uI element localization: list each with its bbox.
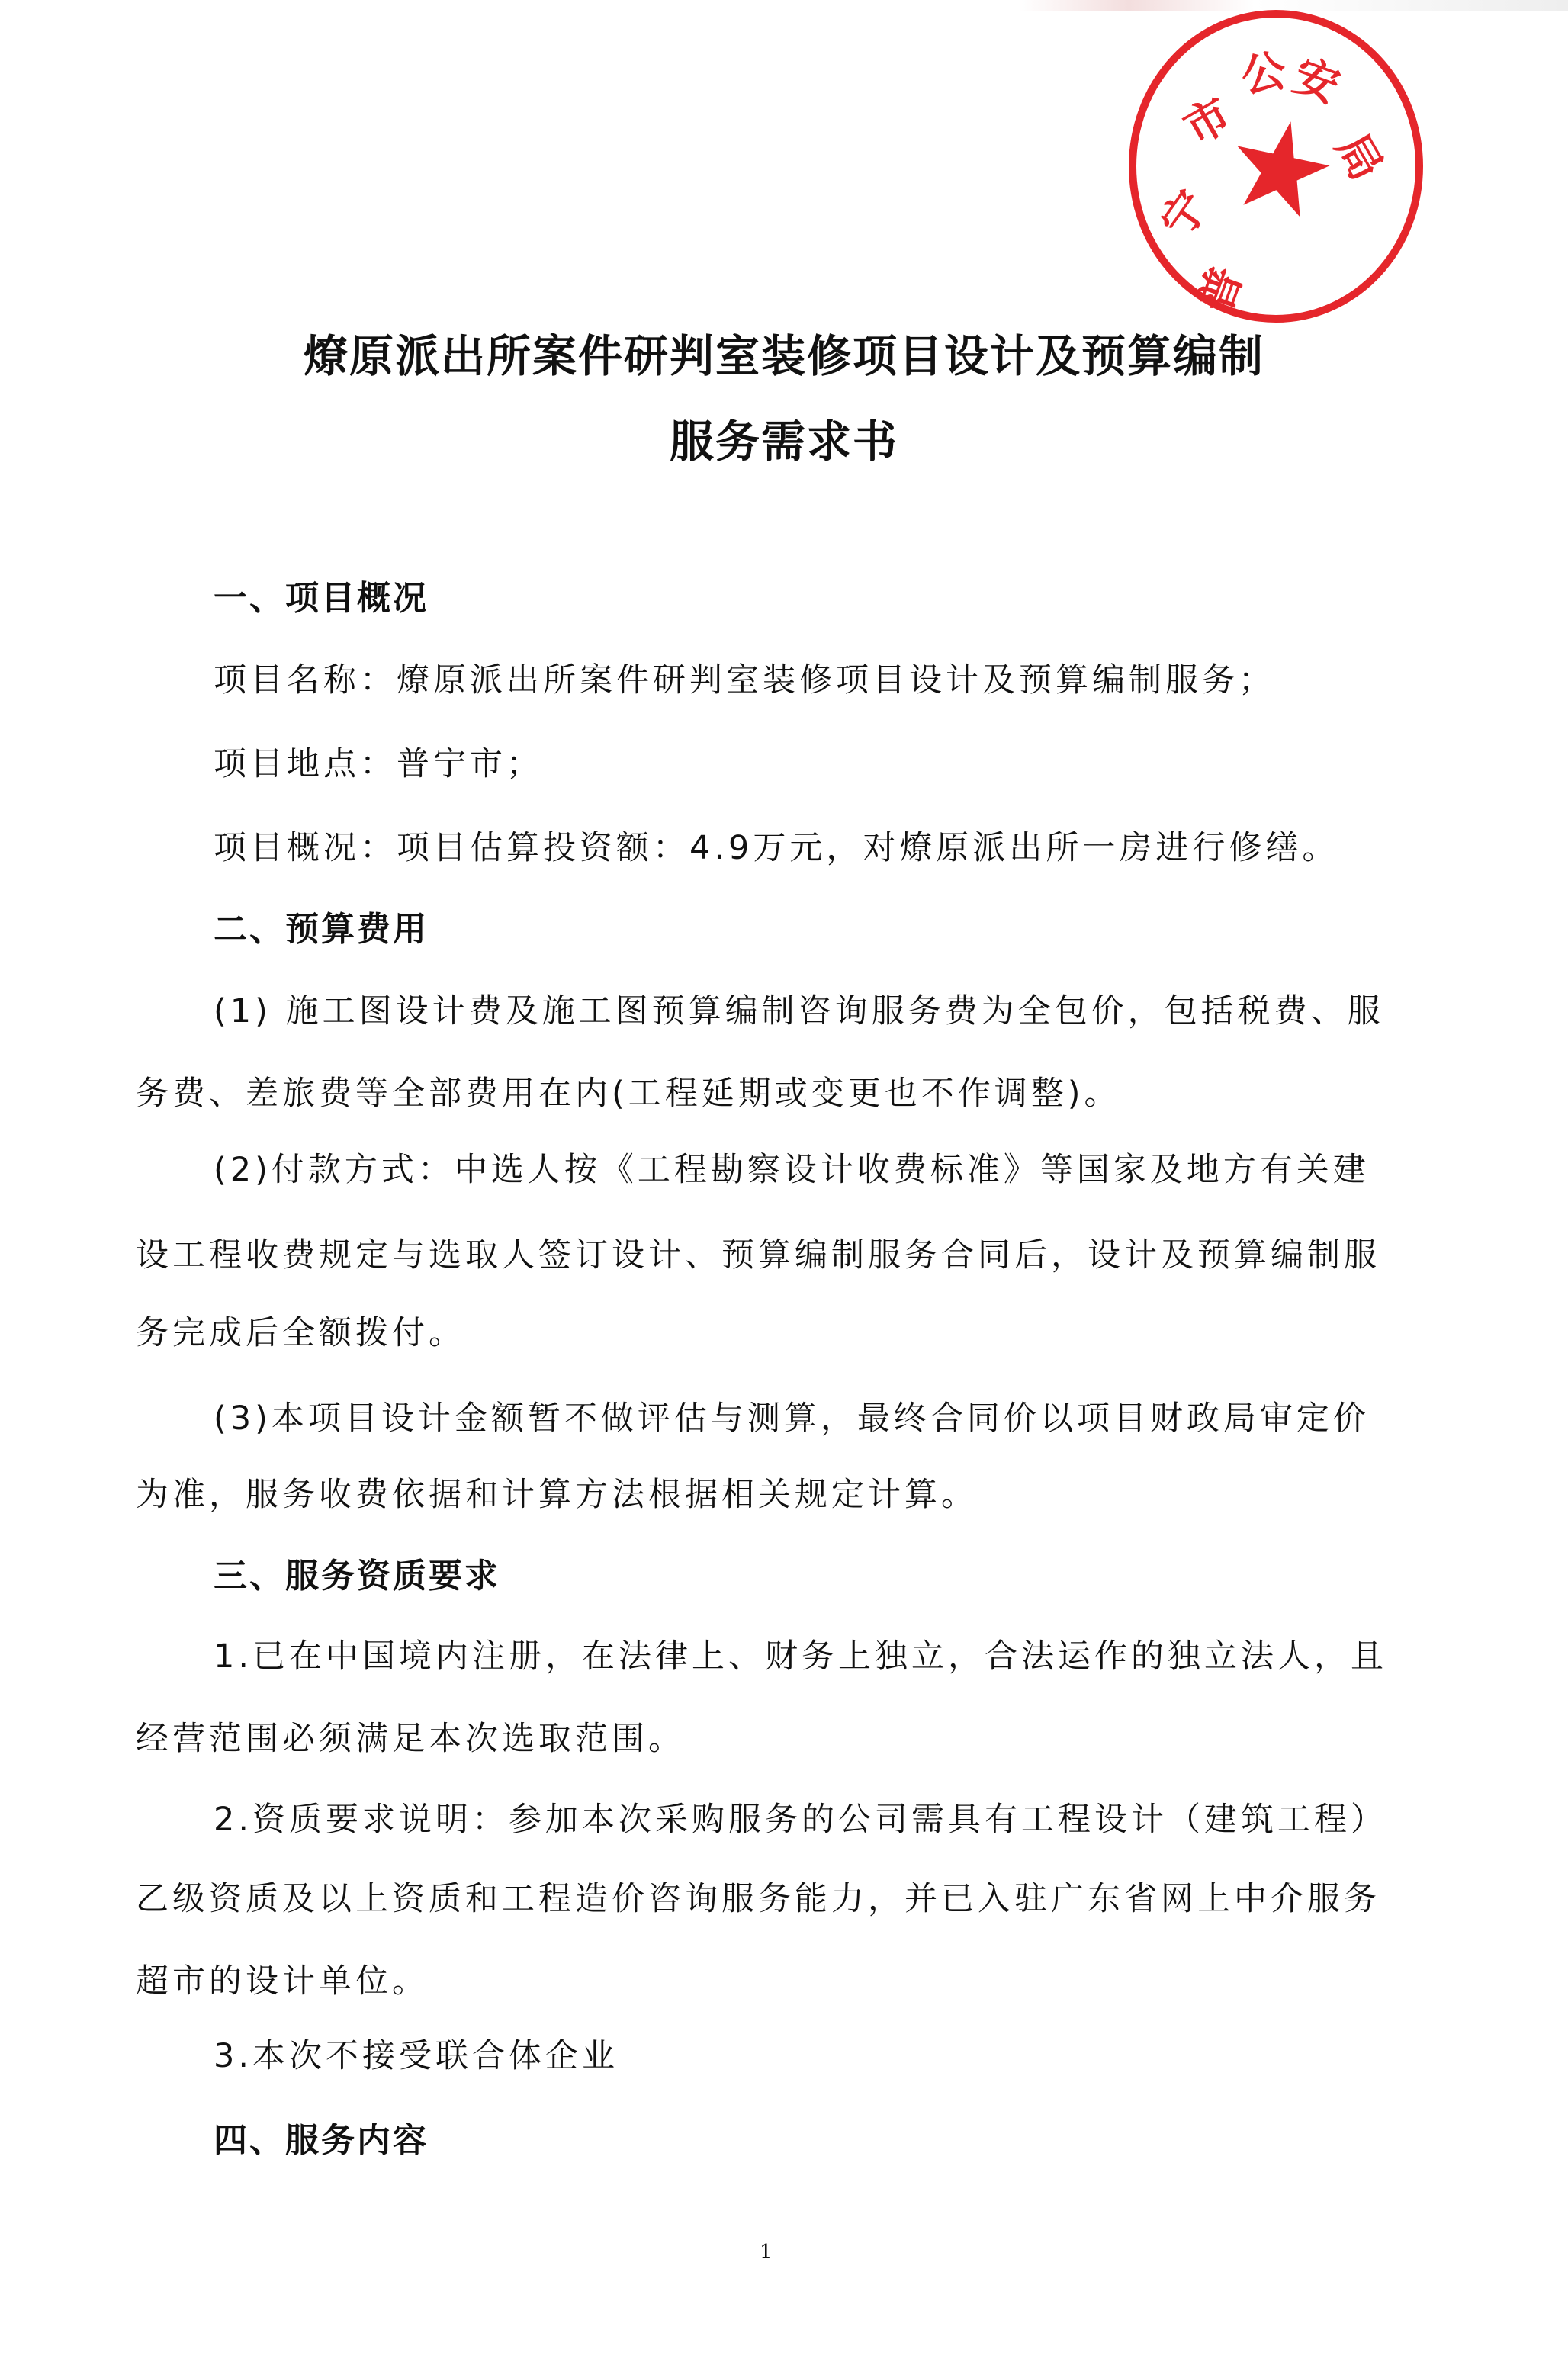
paragraph-line: 务完成后全额拨付。	[136, 1307, 465, 1354]
section-heading: 三、服务资质要求	[214, 1548, 500, 1597]
star-icon	[1226, 111, 1337, 220]
page-number: 1	[760, 2241, 773, 2264]
paragraph-line: 1.已在中国境内注册，在法律上、财务上独立，合法运作的独立法人，且	[214, 1631, 1387, 1677]
paragraph-line: (1) 施工图设计费及施工图预算编制咨询服务费为全包价，包括税费、服	[214, 985, 1384, 1032]
svg-text:宁: 宁	[1151, 181, 1219, 247]
paragraph-line: 3.本次不接受联合体企业	[214, 2030, 619, 2077]
document-title-line-2: 服务需求书	[0, 406, 1568, 470]
paragraph-line: 项目名称：燎原派出所案件研判室装修项目设计及预算编制服务；	[214, 654, 1275, 701]
paragraph-line: 项目地点：普宁市；	[214, 738, 543, 785]
paragraph-line: 项目概况：项目估算投资额：4.9万元，对燎原派出所一房进行修缮。	[214, 822, 1338, 869]
official-seal: 普 宁 市 公 安 局	[1120, 6, 1440, 326]
paragraph-line: 为准，服务收费依据和计算方法根据相关规定计算。	[136, 1469, 978, 1515]
section-heading: 一、项目概况	[214, 570, 429, 619]
paragraph-line: 超市的设计单位。	[136, 1955, 429, 2002]
paragraph-line: (2)付款方式：中选人按《工程勘察设计收费标准》等国家及地方有关建	[214, 1144, 1370, 1191]
svg-text:普: 普	[1189, 260, 1253, 320]
paragraph-line: (3)本项目设计金额暂不做评估与测算，最终合同价以项目财政局审定价	[214, 1393, 1370, 1439]
section-heading: 二、预算费用	[214, 901, 429, 950]
paragraph-line: 设工程收费规定与选取人签订设计、预算编制服务合同后，设计及预算编制服	[136, 1229, 1380, 1276]
svg-text:市: 市	[1175, 88, 1239, 155]
svg-text:安: 安	[1287, 49, 1347, 113]
paragraph-line: 乙级资质及以上资质和工程造价咨询服务能力，并已入驻广东省网上中介服务	[136, 1873, 1380, 1920]
paragraph-line: 务费、差旅费等全部费用在内(工程延期或变更也不作调整)。	[136, 1068, 1121, 1114]
paragraph-line: 2.资质要求说明：参加本次采购服务的公司需具有工程设计（建筑工程）	[214, 1794, 1387, 1840]
document-title-line-1: 燎原派出所案件研判室装修项目设计及预算编制	[0, 320, 1568, 384]
svg-text:局: 局	[1326, 125, 1393, 189]
paragraph-line: 经营范围必须满足本次选取范围。	[136, 1713, 685, 1759]
svg-text:公: 公	[1237, 44, 1290, 103]
section-heading: 四、服务内容	[214, 2113, 429, 2161]
